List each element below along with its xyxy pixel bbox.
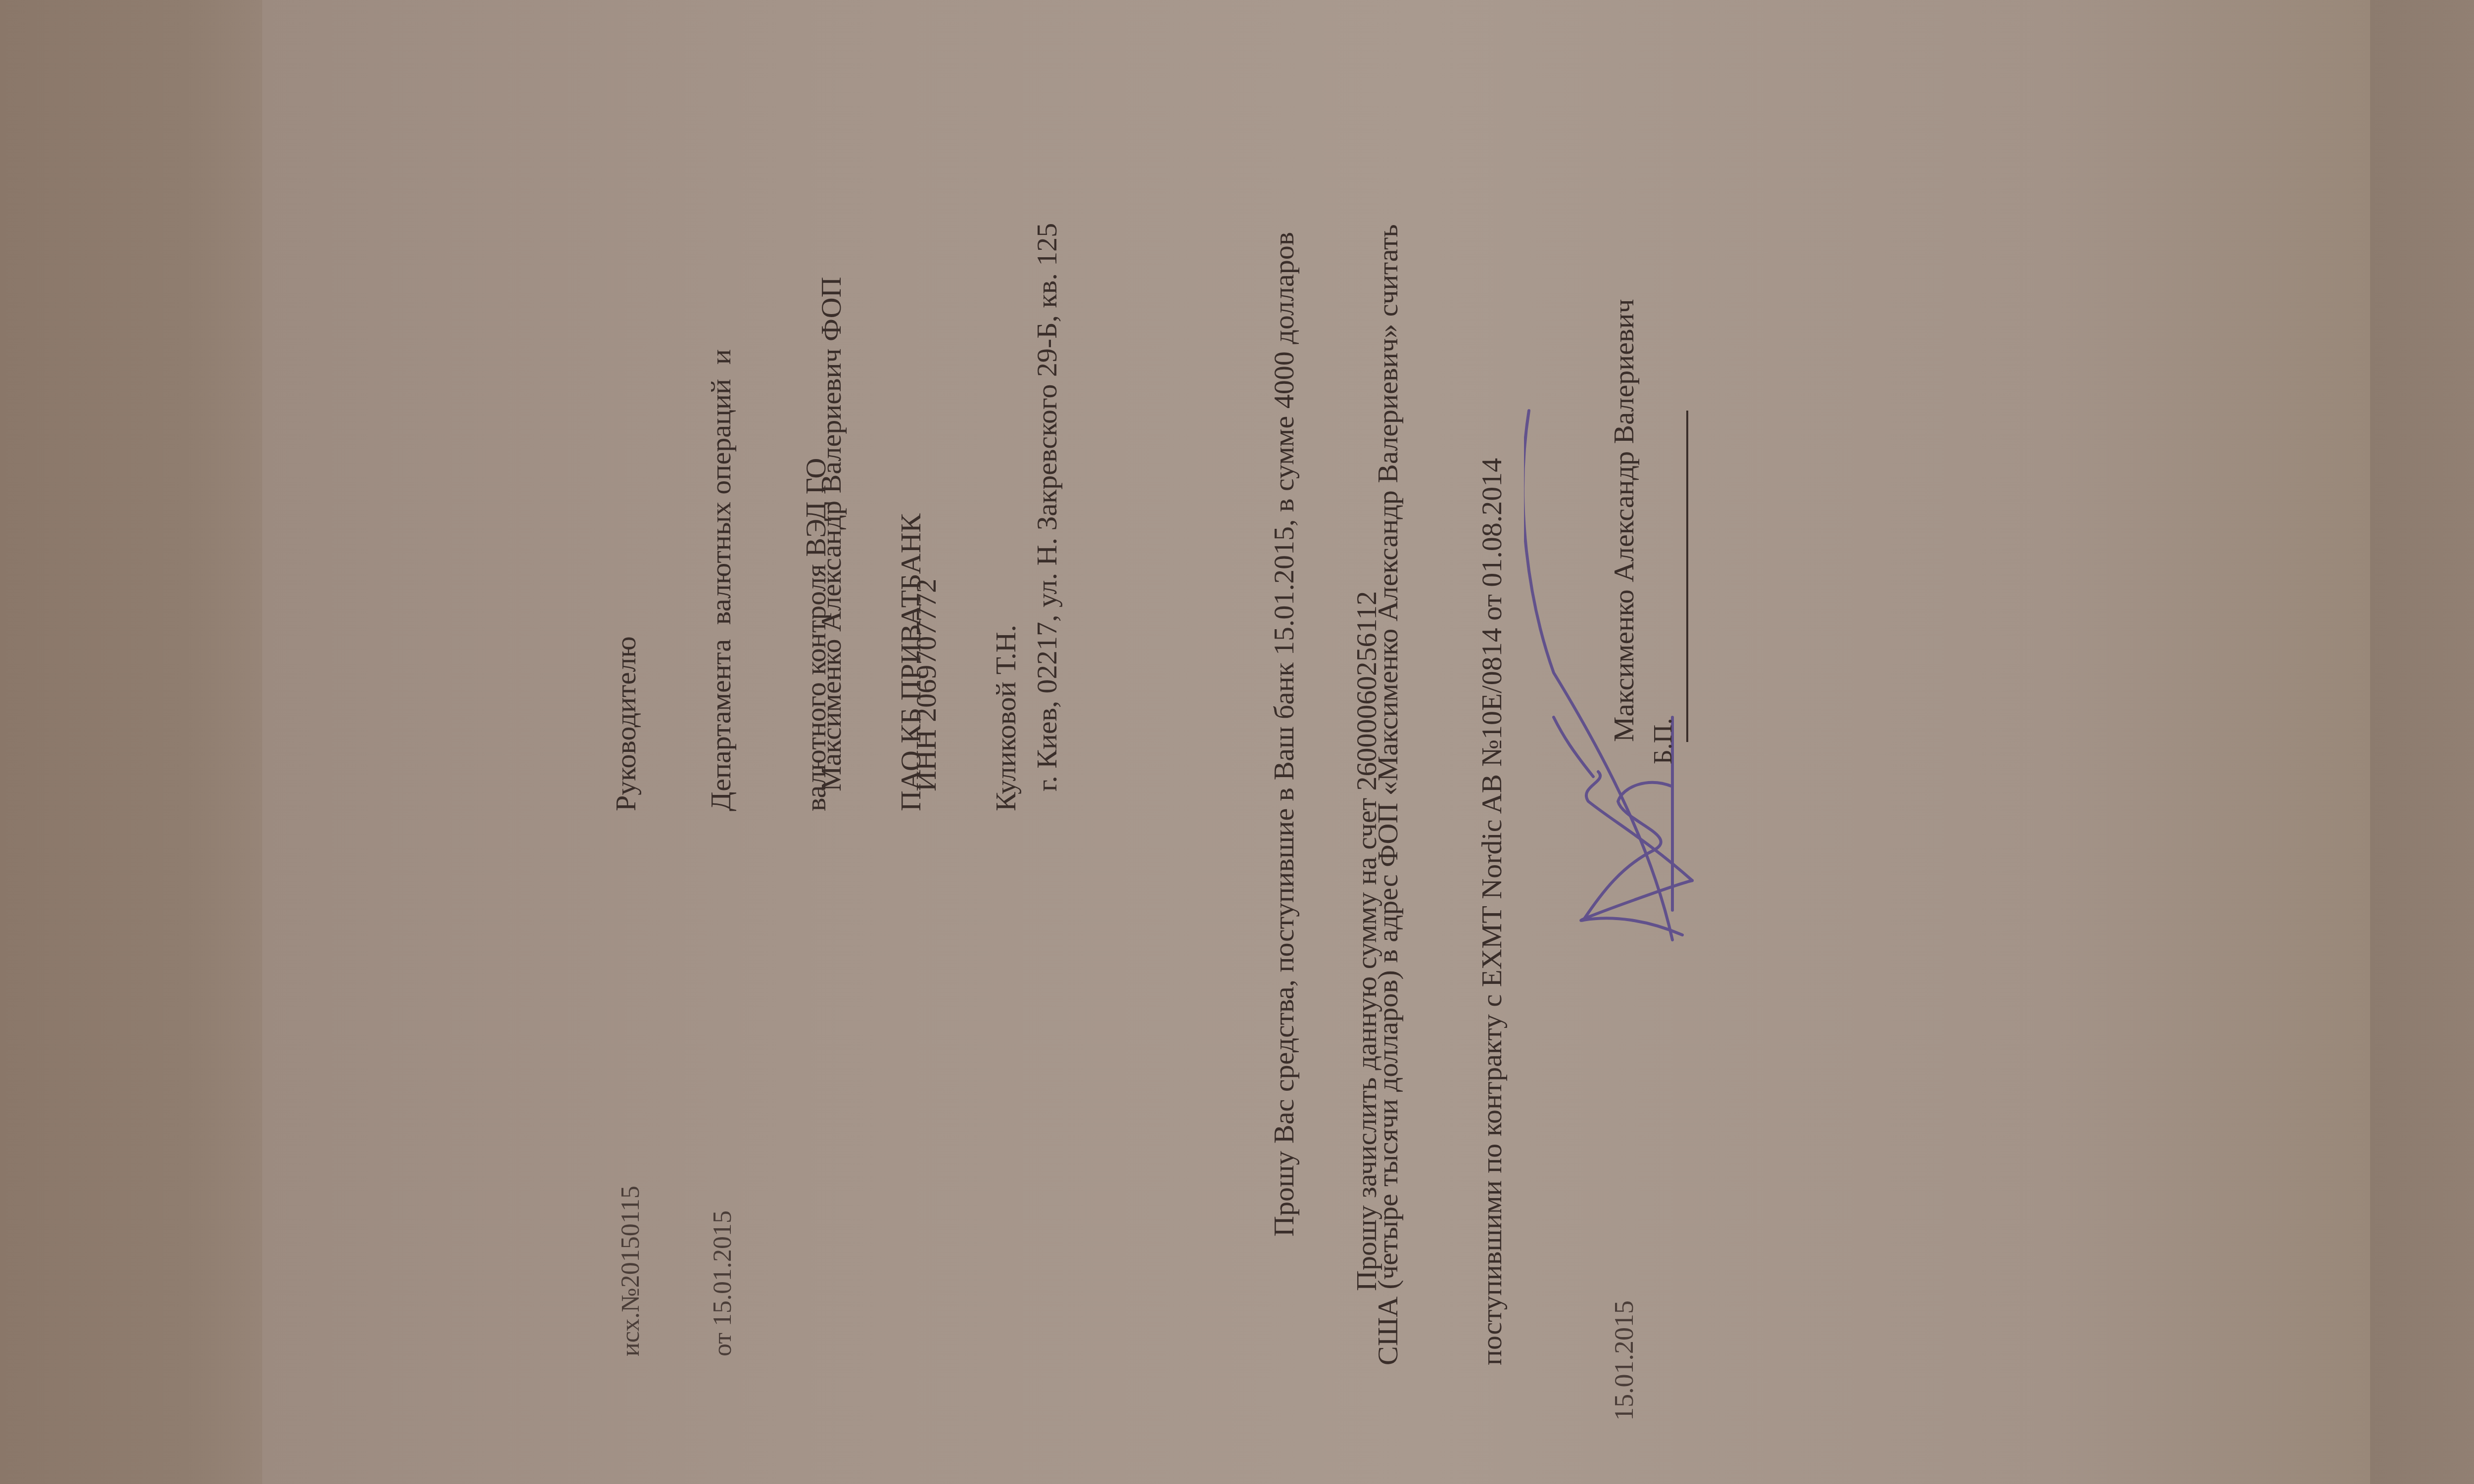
outgoing-reference: исх.№20150115 от 15.01.2015 bbox=[554, 1186, 800, 1356]
outgoing-number: исх.№20150115 bbox=[616, 1186, 646, 1356]
stamp-placeholder-initials: Б.П. bbox=[1648, 718, 1679, 764]
outgoing-date: от 15.01.2015 bbox=[708, 1186, 738, 1356]
body-paragraph: Прошу Вас средства, поступившие в Ваш ба… bbox=[1197, 224, 1578, 1365]
sender-block: Максименко Александр Валериевич ФОП ИНН … bbox=[752, 223, 1126, 791]
signer-name: Максименко Александр Валериевич bbox=[1608, 299, 1640, 742]
letter-page: исх.№20150115 от 15.01.2015 Руководителю… bbox=[0, 0, 2474, 1484]
sender-address: г. Киев, 02217, ул. Н. Закревского 29-Б,… bbox=[1031, 223, 1063, 791]
body-line: Прошу Вас средства, поступившие в Ваш ба… bbox=[1267, 224, 1301, 1365]
request-line: Прошу зачислить данную сумму на счет 260… bbox=[1351, 591, 1382, 1291]
recipient-line: Руководителю bbox=[610, 349, 642, 811]
sender-name: Максименко Александр Валериевич ФОП bbox=[815, 223, 847, 791]
recipient-line: Департамента валютных операций и bbox=[705, 349, 737, 811]
sender-inn: ИНН 2069707772 bbox=[910, 223, 942, 791]
body-line: поступившими по контракту с EXMT Nordic … bbox=[1475, 224, 1509, 1365]
footer-date: 15.01.2015 bbox=[1608, 1300, 1640, 1421]
